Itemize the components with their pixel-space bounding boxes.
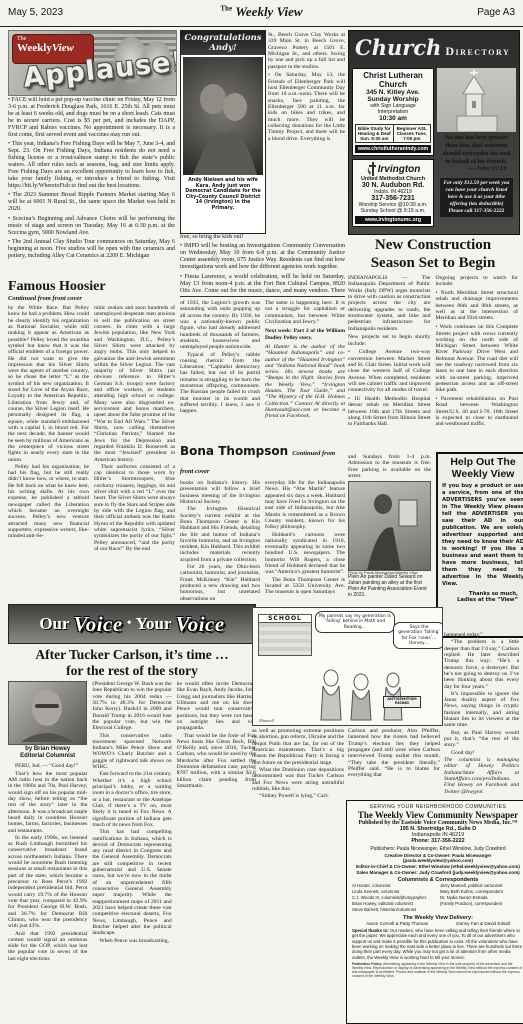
famous-hoosier-col4: The same is happening here. It is not a …	[265, 300, 345, 325]
scripture-reference: — John 15:13	[441, 165, 512, 173]
columnists-left: Al Hunter, columnistLinda Kennett, colum…	[352, 883, 436, 913]
thanks-body: Our readers, who have been calling and t…	[352, 928, 522, 960]
masthead-box: SERVING YOUR NEIGHBORHOOD COMMUNITIES Th…	[346, 800, 523, 1024]
opinion-col6-block: happened today.”“The problem is a little…	[444, 632, 519, 798]
opinion-col6: happened today.”“The problem is a little…	[444, 632, 519, 756]
opinion-author-bio: The columnist is managing editor of Howe…	[444, 757, 519, 795]
opinion-col1-block: by Brian Howey Editorial Columnist PERU,…	[8, 681, 87, 1016]
famous-hoosier-section: Famous Hoosier Continued from front cove…	[8, 280, 175, 610]
continued-note: Continued from front cover	[8, 295, 175, 302]
congratulations-title: Congratulations Andy!	[181, 31, 265, 55]
famous-hoosier-continuation: of 1933, the Legion’s growth was astound…	[180, 296, 345, 444]
church-directory-ad: ChurchDirectory Christ Lutheran Church 3…	[348, 30, 520, 235]
irvington-umc-url: www.irvingtonumc.org	[355, 216, 431, 224]
couple-photo-art	[183, 57, 263, 175]
photo-caption: Plein Air painter David Seward on Julian…	[348, 575, 431, 598]
famous-hoosier-title: Famous Hoosier	[8, 280, 175, 294]
church-listing-promo: For only $12.50 per week you can have yo…	[440, 178, 513, 217]
brian-howey-photo	[8, 681, 87, 745]
newspaper-title: The Weekly View	[0, 4, 523, 20]
bona-col2: everyday life for the Indianapolis News.…	[265, 480, 345, 602]
bona-col3: and Sundays from 1-4 p.m. Admission to t…	[348, 454, 431, 479]
masthead-publishers: Publishers: Paula Nicewanger, Ethel Wins…	[352, 846, 523, 852]
christ-lutheran-url: www.christlutheranindy.com	[355, 145, 431, 153]
construction-article: New Construction Season Set to Begin IND…	[348, 236, 518, 450]
congratulations-caption: Andy Nielsen and his wife Kara. Andy jus…	[181, 177, 265, 212]
applause-items-left: • FACE will hold a pet pop-up vaccine cl…	[8, 97, 175, 278]
plein-air-photo	[348, 481, 431, 571]
delivery-names-left: Aaron Cornell & Patty Thomas	[366, 921, 428, 926]
opinion-col1: PERU, Ind. — “Good day!”That’s how the m…	[8, 763, 87, 962]
page-number: Page A3	[477, 7, 515, 18]
construction-headline: New Construction Season Set to Begin	[348, 236, 518, 272]
scripture-quote: No one has love greater than this, that …	[437, 132, 516, 175]
applause-banner: The WeeklyView Applause!	[8, 30, 177, 96]
construction-col2: Ongoing projects to watch for include:• …	[436, 275, 519, 447]
construction-col1: INDIANAPOLIS — The Indianapolis Departme…	[348, 275, 431, 447]
cartoonist-signature: Mannell	[259, 718, 274, 723]
famous-hoosier-col2: mitic zealots and soon hundreds of unemp…	[94, 305, 175, 603]
bona-thompson-section: Bona Thompson Continued from front cover…	[180, 442, 345, 602]
delivery-names-right: Danny Fan & David Edsall	[456, 921, 510, 926]
opinion-byline: by Brian Howey Editorial Columnist	[8, 746, 87, 760]
help-out-body: If you buy a product or use a service, f…	[442, 483, 523, 588]
applause-items-bottom: free, so bring the kids out!• IMPD will …	[180, 234, 345, 294]
author-bio: Al Hunter is the author of the “Haunted …	[265, 344, 345, 420]
umc-cross-flame-icon	[366, 162, 376, 176]
our-voice-banner: Our Voice • Your Voice	[8, 604, 256, 644]
editorial-cartoon: SCHOOL My parents say my generation is ‘…	[252, 607, 443, 726]
opinion-section: Our Voice • Your Voice After Tucker Carl…	[8, 604, 256, 1016]
columnists-right: Jerry Mannell, political cartoonistMary …	[440, 883, 523, 913]
opinion-col2: (President George W. Bush was the lone R…	[92, 681, 171, 1016]
page-header: May 5, 2023 The Weekly View Page A3	[0, 0, 523, 27]
steeple-image	[437, 68, 516, 132]
famous-hoosier-col1: by the White Race. But Pelley knew he ha…	[8, 305, 89, 603]
irvington-umc-ad: Irvington United Methodist Church 30 N. …	[352, 159, 434, 227]
bona-col3-block: and Sundays from 1-4 p.m. Admission to t…	[348, 454, 431, 604]
opinion-col5: Carlson and producer, Alex Pfeiffer, lam…	[348, 728, 440, 798]
church-directory-banner: ChurchDirectory	[349, 31, 519, 65]
opinion-col3: he would often invite Democrats like Eva…	[177, 681, 256, 1016]
next-week-note: Next week: Part 2 of the William Dudley …	[265, 328, 345, 341]
newspaper-page: May 5, 2023 The Weekly View Page A3 The …	[0, 0, 523, 1024]
opinion-col4: as well as promoting extreme positions o…	[252, 728, 344, 1016]
applause-items-middle: St., Beech Grove Clay Works at 339 Main …	[268, 32, 345, 230]
masthead-phone: Phone: 317-356-2222	[352, 838, 523, 844]
bona-col1: books on Indiana’s history. His presenta…	[180, 480, 260, 602]
masthead-title: The Weekly View Community Newspaper	[352, 810, 523, 820]
couple-photo	[183, 57, 263, 175]
famous-hoosier-col3: of 1933, the Legion’s growth was astound…	[180, 300, 260, 421]
masthead-staff: Creative Director & Co-Owner: Paula Nice…	[352, 853, 523, 875]
cartoon-mini-sign: ANTISEMITISM RISING	[383, 696, 421, 708]
opinion-headline: After Tucker Carlson, it’s time … for th…	[8, 647, 256, 678]
bona-thompson-title: Bona Thompson	[180, 444, 288, 458]
congratulations-box: Congratulations Andy! Andy Nielsen and h…	[180, 30, 266, 234]
help-out-box: Help Out The Weekly View If you buy a pr…	[436, 452, 523, 638]
christ-lutheran-ad: Christ Lutheran Church 345 N. Kitley Ave…	[352, 68, 434, 156]
help-out-title: Help Out The	[442, 457, 523, 469]
thanks-heading: Special thanks to:	[352, 928, 389, 933]
